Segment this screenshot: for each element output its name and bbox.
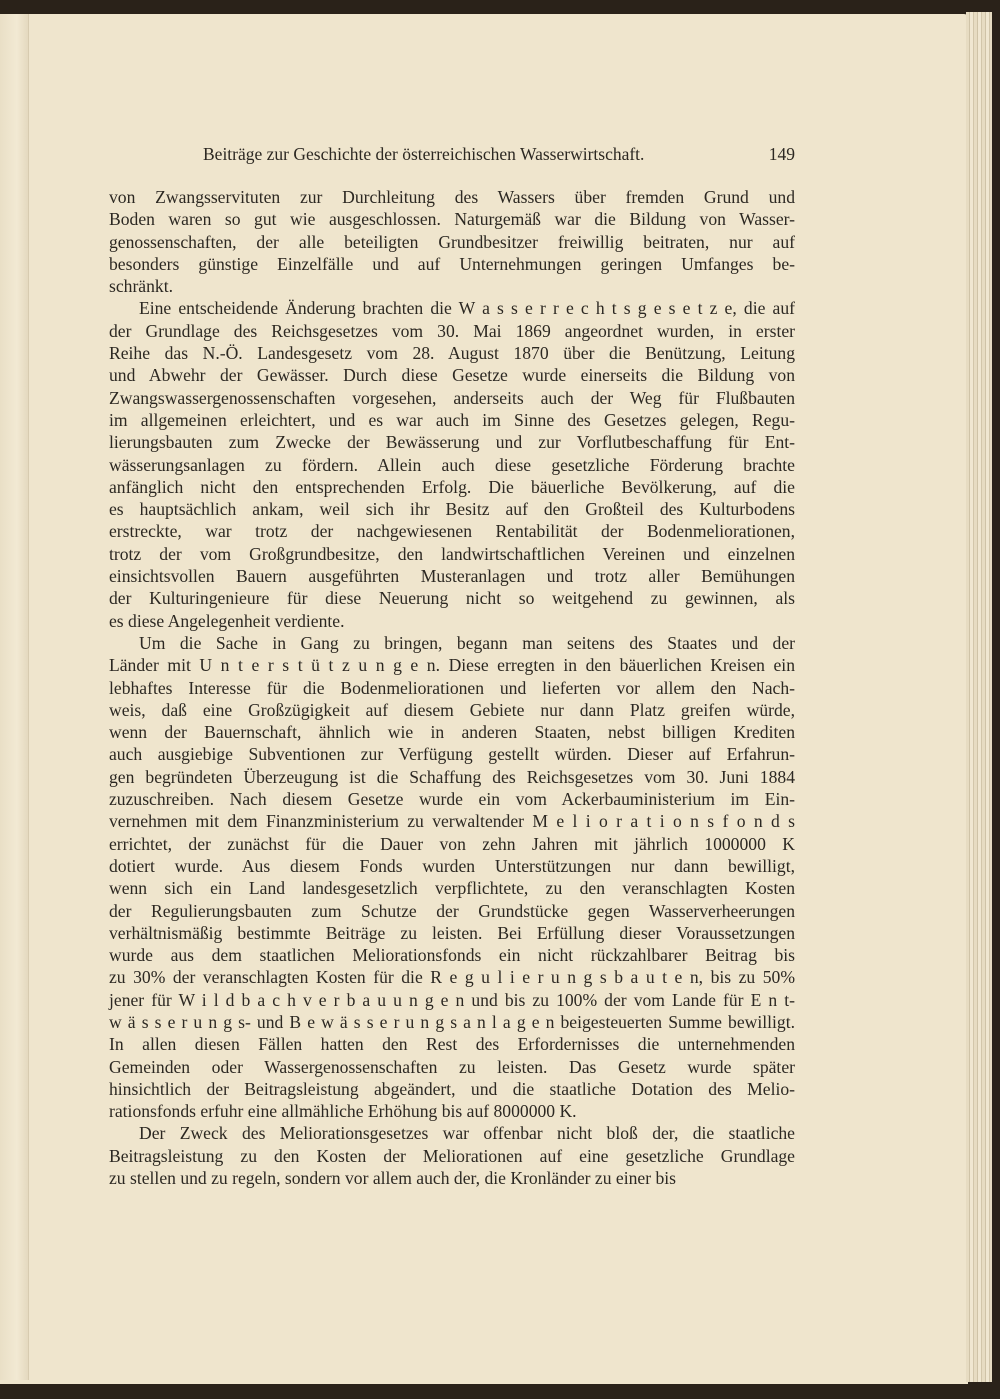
text-line: trotz der vom Großgrundbesitze, den land…	[109, 543, 795, 565]
running-title: Beiträge zur Geschichte der österreichis…	[203, 144, 644, 165]
text-line: wenn der Bauernschaft, ähnlich wie in an…	[109, 721, 795, 743]
text-line: im allgemeinen erleichtert, und es war a…	[109, 409, 795, 431]
text-line: besonders günstige Einzelfälle und auf U…	[109, 253, 795, 275]
text-line: verhältnismäßig bestimmte Beiträge zu le…	[109, 922, 795, 944]
text-line: Zwangswassergenossenschaften vorgesehen,…	[109, 387, 795, 409]
text-line: Beitragsleistung zu den Kosten der Melio…	[109, 1145, 795, 1167]
text-line: wenn sich ein Land landesgesetzlich verp…	[109, 877, 795, 899]
text-line: der Regulierungsbauten zum Schutze der G…	[109, 900, 795, 922]
text-line: einsichtsvollen Bauern ausgeführten Must…	[109, 565, 795, 587]
text-line: Der Zweck des Meliorationsgesetzes war o…	[109, 1122, 795, 1144]
text-line: schränkt.	[109, 275, 795, 297]
text-line: genossenschaften, der alle beteiligten G…	[109, 231, 795, 253]
text-line: Um die Sache in Gang zu bringen, begann …	[109, 632, 795, 654]
text-line: Länder mit U n t e r s t ü t z u n g e n…	[109, 654, 795, 676]
running-header: Beiträge zur Geschichte der österreichis…	[109, 144, 795, 168]
text-line: Boden waren so gut wie ausgeschlossen. N…	[109, 208, 795, 230]
text-line: anfänglich nicht den entsprechenden Erfo…	[109, 476, 795, 498]
text-line: von Zwangsservituten zur Durchleitung de…	[109, 186, 795, 208]
text-line: gen begründeten Überzeugung ist die Scha…	[109, 766, 795, 788]
paragraph: von Zwangsservituten zur Durchleitung de…	[109, 186, 795, 297]
text-line: erstreckte, war trotz der nachgewiesenen…	[109, 520, 795, 542]
text-line: dotiert wurde. Aus diesem Fonds wurden U…	[109, 855, 795, 877]
text-line: Gemeinden oder Wassergenossenschaften zu…	[109, 1056, 795, 1078]
text-line: wässerungsanlagen zu fördern. Allein auc…	[109, 454, 795, 476]
paragraph: Eine entscheidende Änderung brachten die…	[109, 297, 795, 631]
page-edges	[966, 12, 992, 1382]
text-line: es diese Angelegenheit verdiente.	[109, 610, 795, 632]
text-line: der Grundlage des Reichsgesetzes vom 30.…	[109, 320, 795, 342]
text-line: weis, daß eine Großzügigkeit auf diesem …	[109, 699, 795, 721]
text-line: lierungsbauten zum Zwecke der Bewässerun…	[109, 431, 795, 453]
text-line: zu stellen und zu regeln, sondern vor al…	[109, 1167, 795, 1189]
text-line: der Kulturingenieure für diese Neuerung …	[109, 587, 795, 609]
paragraph: Der Zweck des Meliorationsgesetzes war o…	[109, 1122, 795, 1189]
text-line: lebhaftes Interesse für die Bodenmeliora…	[109, 677, 795, 699]
text-line: hinsichtlich der Beitragsleistung abgeän…	[109, 1078, 795, 1100]
text-line: vernehmen mit dem Finanzministerium zu v…	[109, 810, 795, 832]
text-line: auch ausgiebige Subventionen zur Verfügu…	[109, 743, 795, 765]
text-line: Eine entscheidende Änderung brachten die…	[109, 297, 795, 319]
text-line: w ä s s e r u n g s- und B e w ä s s e r…	[109, 1011, 795, 1033]
text-line: es hauptsächlich ankam, weil sich ihr Be…	[109, 498, 795, 520]
text-line: jener für W i l d b a c h v e r b a u u …	[109, 989, 795, 1011]
text-line: zuzuschreiben. Nach diesem Gesetze wurde…	[109, 788, 795, 810]
text-line: und Abwehr der Gewässer. Durch diese Ges…	[109, 364, 795, 386]
text-line: rationsfonds erfuhr eine allmähliche Erh…	[109, 1100, 795, 1122]
text-line: Reihe das N.-Ö. Landesgesetz vom 28. Aug…	[109, 342, 795, 364]
paragraph: Um die Sache in Gang zu bringen, begann …	[109, 632, 795, 1123]
text-line: In allen diesen Fällen hatten den Rest d…	[109, 1033, 795, 1055]
text-line: wurde aus dem staatlichen Meliorationsfo…	[109, 944, 795, 966]
page-gutter	[0, 14, 29, 1380]
body-text: von Zwangsservituten zur Durchleitung de…	[109, 186, 795, 1189]
text-line: errichtet, der zunächst für die Dauer vo…	[109, 833, 795, 855]
page-number: 149	[769, 144, 795, 165]
text-line: zu 30% der veranschlagten Kosten für die…	[109, 966, 795, 988]
